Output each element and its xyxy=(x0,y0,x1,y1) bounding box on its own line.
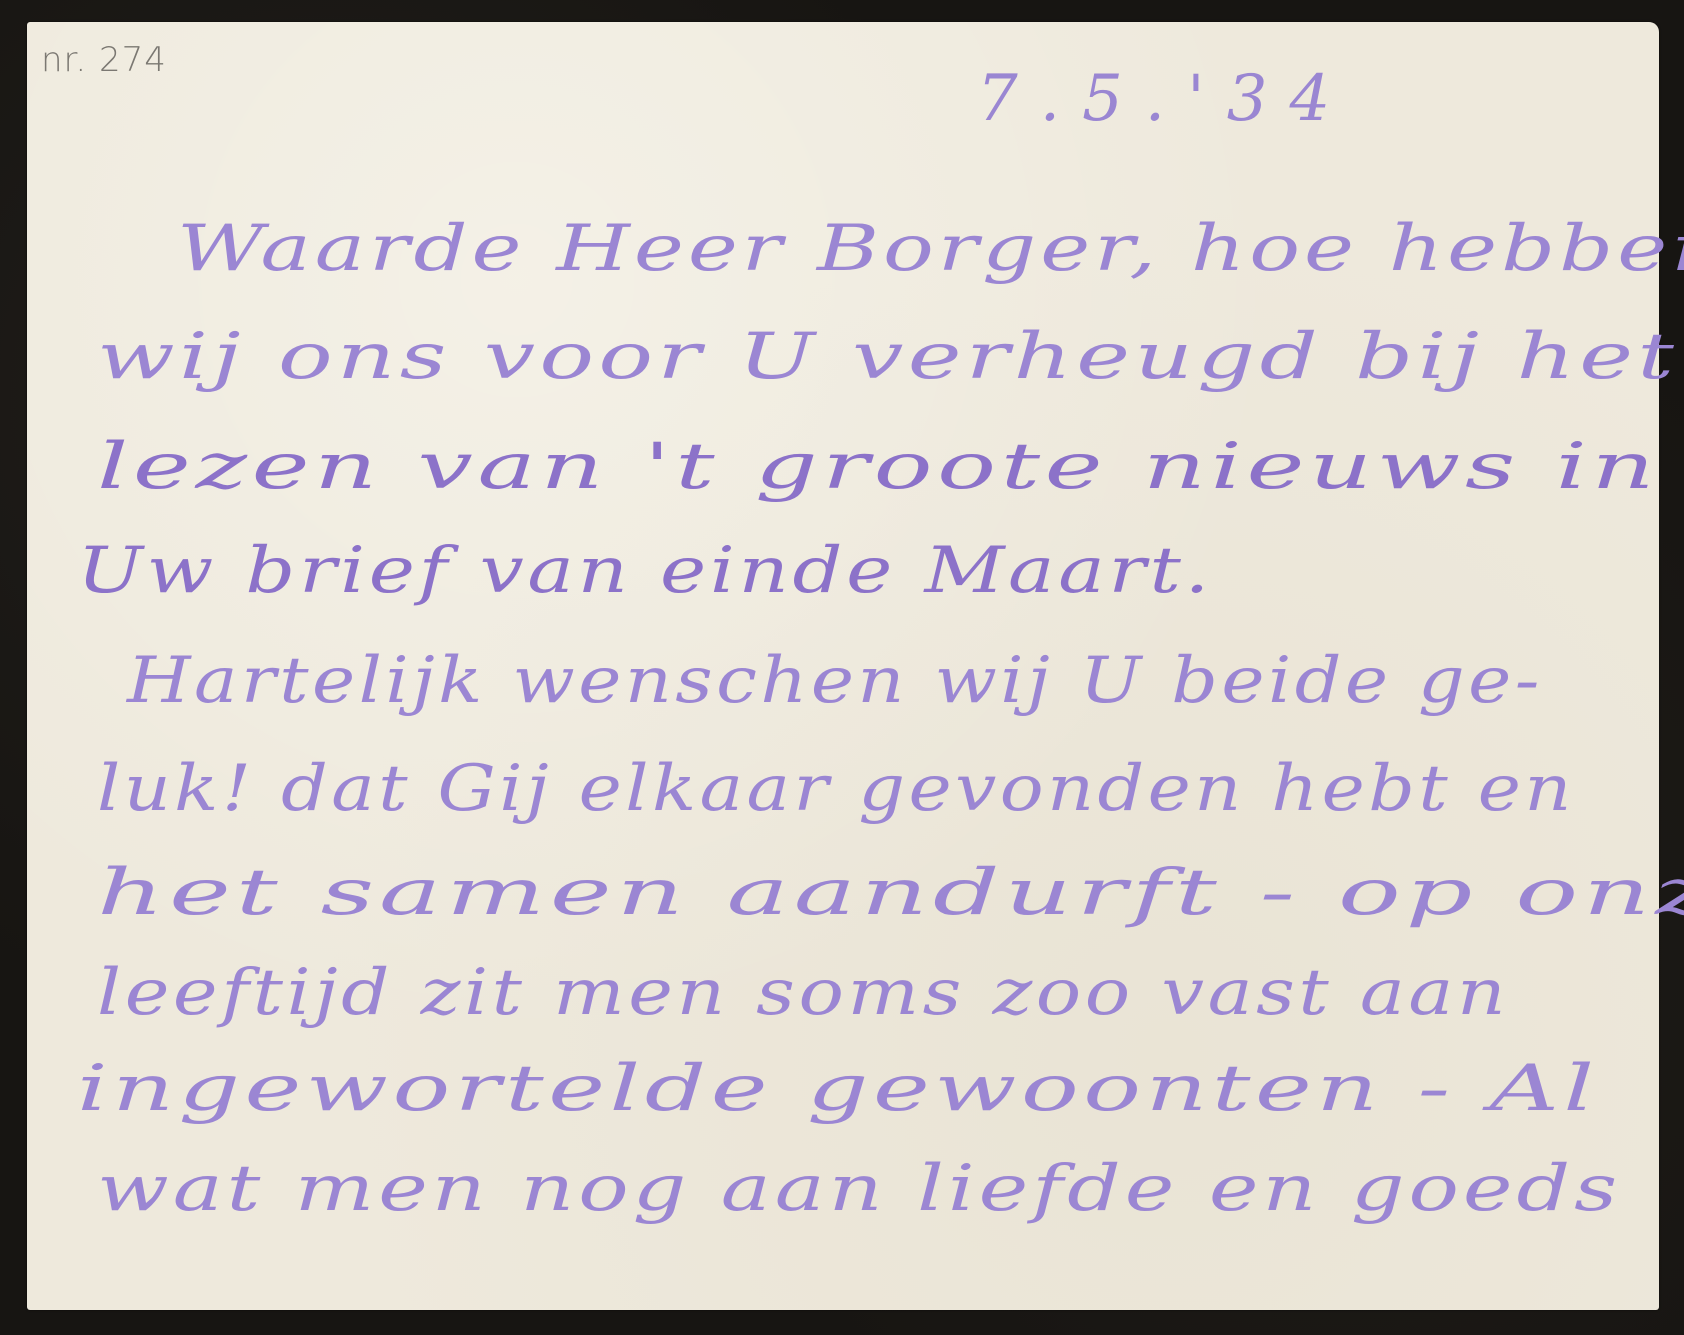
letter-line-3: lezen van 't groote nieuws in xyxy=(97,430,1659,504)
letter-line-5: Hartelijk wenschen wij U beide ge- xyxy=(127,644,1543,718)
letter-line-2: wij ons voor U verheugd bij het xyxy=(97,320,1678,394)
letter-line-6: luk! dat Gij elkaar gevonden hebt en xyxy=(97,752,1575,826)
letter-line-8: leeftijd zit men soms zoo vast aan xyxy=(97,956,1509,1030)
archive-number: nr. 274 xyxy=(41,40,167,80)
letter-date: 7.5.'34 xyxy=(977,62,1352,136)
letter-line-4: Uw brief van einde Maart. xyxy=(77,534,1213,608)
letter-line-10: wat men nog aan liefde en goeds xyxy=(97,1152,1621,1226)
letter-line-1: Waarde Heer Borger, hoe hebben xyxy=(177,212,1684,286)
letter-card: nr. 274 7.5.'34 Waarde Heer Borger, hoe … xyxy=(27,22,1659,1310)
letter-line-7: het samen aandurft - op onze xyxy=(97,856,1684,930)
letter-line-9: ingewortelde gewoonten - Al xyxy=(77,1052,1599,1126)
